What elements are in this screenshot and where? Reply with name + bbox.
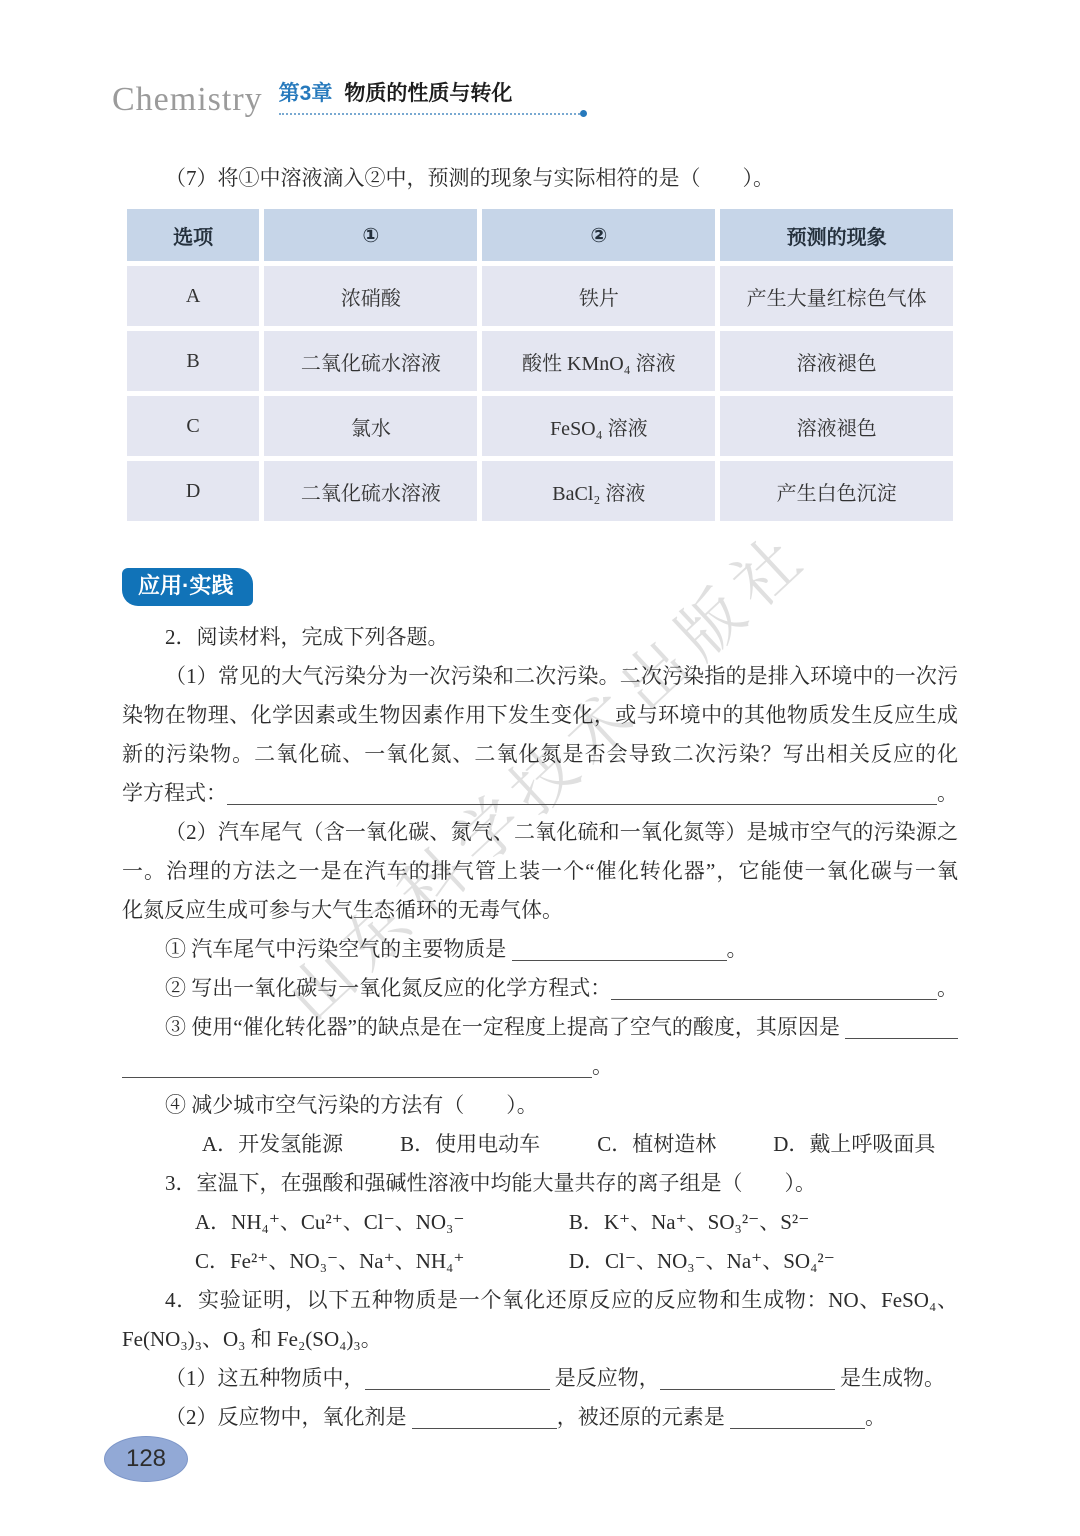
table-cell: FeSO₄ 溶液 <box>482 396 715 456</box>
choice-option: B．使用电动车 <box>400 1125 540 1164</box>
table-cell: 氯水 <box>264 396 477 456</box>
answer-blank <box>660 1389 835 1390</box>
text-run: ③ 使用“催化转化器”的缺点是在一定程度上提高了空气的酸度，其原因是 <box>165 1008 845 1047</box>
section-badge: 应用·实践 <box>122 568 253 606</box>
text-run: 化氮反应生成可参与大气生态循环的无毒气体。 <box>122 898 563 922</box>
text-run: 2．阅读材料，完成下列各题。 <box>165 625 449 649</box>
q2-sub4: ④ 减少城市空气污染的方法有（ ）。 <box>122 1086 958 1125</box>
q2-sub3-line1: ③ 使用“催化转化器”的缺点是在一定程度上提高了空气的酸度，其原因是 <box>122 1008 958 1047</box>
answer-blank <box>365 1389 550 1390</box>
q3-options-ab: A．NH₄⁺、Cu²⁺、Cl⁻、NO₃⁻B．K⁺、Na⁺、SO₃²⁻、S²⁻ <box>122 1203 958 1242</box>
text-run: （2）汽车尾气（含一氧化碳、氮气、二氧化硫和一氧化氮等）是城市空气的污染源之 <box>165 820 958 844</box>
text-run: 。 <box>937 774 958 813</box>
answer-blank <box>412 1428 557 1429</box>
table-header-cell: ① <box>264 209 477 261</box>
table-row: C氯水FeSO₄ 溶液溶液褪色 <box>127 396 953 456</box>
page-number-badge: 128 <box>104 1436 188 1482</box>
q2-sub4-options: A．开发氢能源B．使用电动车C．植树造林D．戴上呼吸面具 <box>122 1125 958 1164</box>
brand-logo: Chemistry <box>112 83 263 117</box>
text-run: 一。治理的方法之一是在汽车的排气管上装一个“催化转化器”，它能使一氧化碳与一氧 <box>122 859 958 883</box>
q4-2: （2）反应物中，氧化剂是 ，被还原的元素是 。 <box>122 1398 958 1437</box>
answer-blank <box>227 804 937 805</box>
answer-blank <box>512 960 727 961</box>
table-cell: 浓硝酸 <box>264 266 477 326</box>
text-run: 。 <box>592 1047 613 1086</box>
text-run: 。 <box>727 930 748 969</box>
q2-intro: 2．阅读材料，完成下列各题。 <box>122 618 958 657</box>
q2-sub2: ② 写出一氧化碳与一氧化氮反应的化学方程式：。 <box>122 969 958 1008</box>
q2-1-line2: 染物在物理、化学因素或生物因素作用下发生变化，或与环境中的其他物质发生反应生成 <box>122 696 958 735</box>
q4-line1: 4．实验证明，以下五种物质是一个氧化还原反应的反应物和生成物：NO、FeSO₄、 <box>122 1281 958 1320</box>
q4-1: （1）这五种物质中， 是反应物， 是生成物。 <box>122 1359 958 1398</box>
text-run: 3．室温下，在强酸和强碱性溶液中均能大量共存的离子组是（ ）。 <box>165 1171 816 1195</box>
table-cell: 铁片 <box>482 266 715 326</box>
text-run: （2）反应物中，氧化剂是 <box>165 1398 412 1437</box>
table-header-cell: 预测的现象 <box>720 209 953 261</box>
textbook-page: 山东科学技术出版社 Chemistry 第3章 物质的性质与转化 （7）将①中溶… <box>0 0 1080 1536</box>
choice-option: C．植树造林 <box>597 1125 716 1164</box>
text-run: ，被还原的元素是 <box>557 1398 730 1437</box>
choice-option: D．戴上呼吸面具 <box>773 1125 935 1164</box>
text-run: 染物在物理、化学因素或生物因素作用下发生变化，或与环境中的其他物质发生反应生成 <box>122 703 958 727</box>
table-cell: A <box>127 266 259 326</box>
q4-line2: Fe(NO₃)₃、O₃ 和 Fe₂(SO₄)₃。 <box>122 1320 958 1359</box>
chapter-number: 第3章 <box>279 82 333 105</box>
text-run: 是反应物， <box>550 1359 660 1398</box>
table-row: B二氧化硫水溶液酸性 KMnO₄ 溶液溶液褪色 <box>127 331 953 391</box>
answer-blank <box>730 1428 865 1429</box>
text-run: 。 <box>865 1398 886 1437</box>
table-head: 选项①②预测的现象 <box>127 209 953 261</box>
q2-2-line2: 一。治理的方法之一是在汽车的排气管上装一个“催化转化器”，它能使一氧化碳与一氧 <box>122 852 958 891</box>
text-run: ① 汽车尾气中污染空气的主要物质是 <box>165 930 512 969</box>
table-header-row: 选项①②预测的现象 <box>127 209 953 261</box>
table-body: A浓硝酸铁片产生大量红棕色气体B二氧化硫水溶液酸性 KMnO₄ 溶液溶液褪色C氯… <box>127 266 953 521</box>
q3-options-cd: C．Fe²⁺、NO₃⁻、Na⁺、NH₄⁺D．Cl⁻、NO₃⁻、Na⁺、SO₄²⁻ <box>122 1242 958 1281</box>
table-header-cell: ② <box>482 209 715 261</box>
table-cell: 溶液褪色 <box>720 396 953 456</box>
text-run: 学方程式： <box>122 774 227 813</box>
table-cell: B <box>127 331 259 391</box>
text-run: ② 写出一氧化碳与一氧化氮反应的化学方程式： <box>165 969 611 1008</box>
table-cell: 产生白色沉淀 <box>720 461 953 521</box>
table-cell: 溶液褪色 <box>720 331 953 391</box>
page-content: （7）将①中溶液滴入②中，预测的现象与实际相符的是（ ）。 选项①②预测的现象 … <box>122 158 958 1437</box>
chapter-title: 物质的性质与转化 <box>344 82 512 105</box>
table-cell: C <box>127 396 259 456</box>
page-header: Chemistry 第3章 物质的性质与转化 <box>112 82 584 117</box>
options-table: 选项①②预测的现象 A浓硝酸铁片产生大量红棕色气体B二氧化硫水溶液酸性 KMnO… <box>122 204 958 526</box>
text-run: 新的污染物。二氧化硫、一氧化氮、二氧化氮是否会导致二次污染？写出相关反应的化 <box>122 742 958 766</box>
ion-option: D．Cl⁻、NO₃⁻、Na⁺、SO₄²⁻ <box>569 1242 958 1281</box>
answer-blank <box>845 1038 958 1039</box>
table-cell: 酸性 KMnO₄ 溶液 <box>482 331 715 391</box>
answer-blank <box>122 1077 592 1078</box>
exercise-flow: 2．阅读材料，完成下列各题。（1）常见的大气污染分为一次污染和二次污染。二次污染… <box>122 618 958 1437</box>
question-7-text: （7）将①中溶液滴入②中，预测的现象与实际相符的是（ ）。 <box>122 158 958 198</box>
text-run: （1）常见的大气污染分为一次污染和二次污染。二次污染指的是排入环境中的一次污 <box>165 664 958 688</box>
q2-1-blankline: 学方程式：。 <box>122 774 958 813</box>
table-cell: 二氧化硫水溶液 <box>264 461 477 521</box>
q2-1-line1: （1）常见的大气污染分为一次污染和二次污染。二次污染指的是排入环境中的一次污 <box>122 657 958 696</box>
ion-option: A．NH₄⁺、Cu²⁺、Cl⁻、NO₃⁻ <box>195 1203 569 1242</box>
text-run: 。 <box>937 969 958 1008</box>
text-run: 4．实验证明，以下五种物质是一个氧化还原反应的反应物和生成物：NO、FeSO₄、 <box>165 1288 958 1312</box>
table-cell: D <box>127 461 259 521</box>
dotted-rule <box>279 110 584 115</box>
q2-2-line3: 化氮反应生成可参与大气生态循环的无毒气体。 <box>122 891 958 930</box>
choice-option: A．开发氢能源 <box>202 1125 343 1164</box>
q2-sub3-line2: 。 <box>122 1047 958 1086</box>
table-cell: 产生大量红棕色气体 <box>720 266 953 326</box>
table-row: D二氧化硫水溶液BaCl₂ 溶液产生白色沉淀 <box>127 461 953 521</box>
q3: 3．室温下，在强酸和强碱性溶液中均能大量共存的离子组是（ ）。 <box>122 1164 958 1203</box>
text-run: （1）这五种物质中， <box>165 1359 365 1398</box>
ion-option: C．Fe²⁺、NO₃⁻、Na⁺、NH₄⁺ <box>195 1242 569 1281</box>
text-run: 是生成物。 <box>835 1359 945 1398</box>
ion-option: B．K⁺、Na⁺、SO₃²⁻、S²⁻ <box>569 1203 958 1242</box>
rule-end-dot <box>580 110 587 117</box>
chapter-line: 第3章 物质的性质与转化 <box>279 82 584 105</box>
text-run: Fe(NO₃)₃、O₃ 和 Fe₂(SO₄)₃。 <box>122 1327 382 1351</box>
text-run: ④ 减少城市空气污染的方法有（ ）。 <box>165 1093 538 1117</box>
table-row: A浓硝酸铁片产生大量红棕色气体 <box>127 266 953 326</box>
table-header-cell: 选项 <box>127 209 259 261</box>
q2-sub1: ① 汽车尾气中污染空气的主要物质是 。 <box>122 930 958 969</box>
q2-2-line1: （2）汽车尾气（含一氧化碳、氮气、二氧化硫和一氧化氮等）是城市空气的污染源之 <box>122 813 958 852</box>
table-cell: BaCl₂ 溶液 <box>482 461 715 521</box>
chapter-block: 第3章 物质的性质与转化 <box>279 82 584 117</box>
answer-blank <box>611 999 937 1000</box>
q2-1-line3: 新的污染物。二氧化硫、一氧化氮、二氧化氮是否会导致二次污染？写出相关反应的化 <box>122 735 958 774</box>
table-cell: 二氧化硫水溶液 <box>264 331 477 391</box>
